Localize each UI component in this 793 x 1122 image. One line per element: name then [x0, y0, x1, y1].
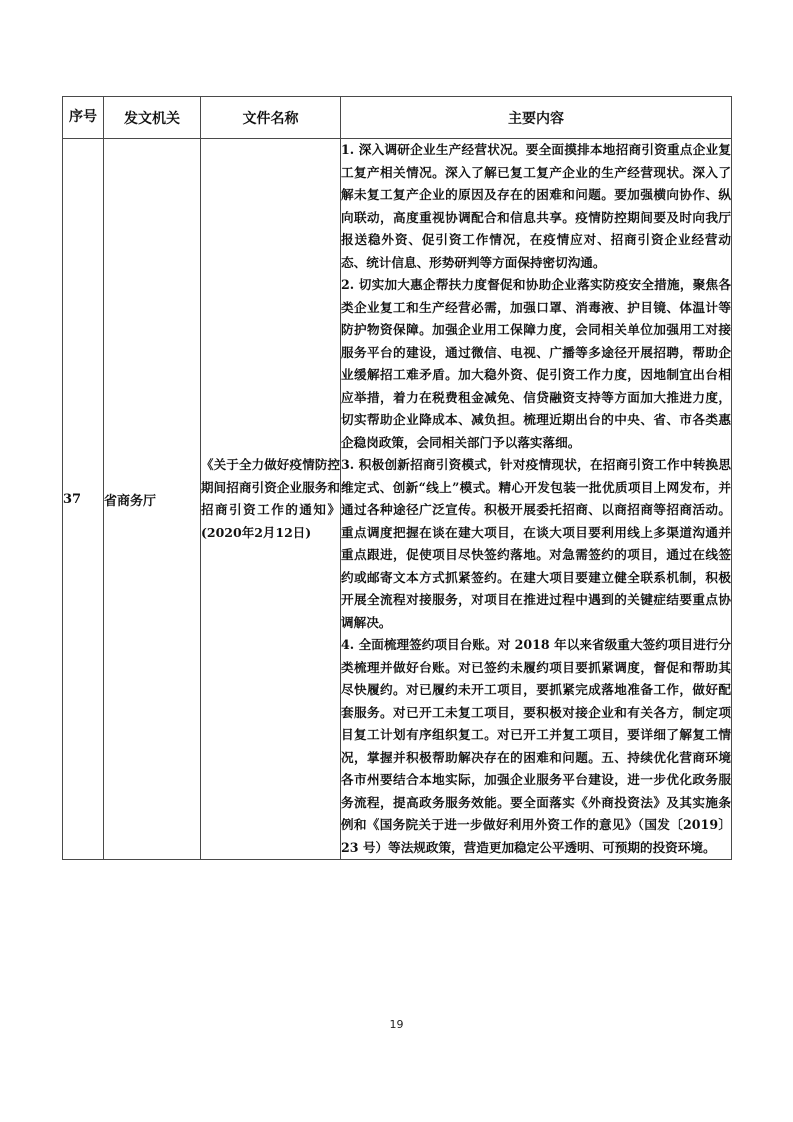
header-content: 主要内容 [341, 97, 732, 139]
header-org: 发文机关 [104, 97, 201, 139]
row-org: 省商务厅 [104, 139, 201, 860]
policy-table: 序号 发文机关 文件名称 主要内容 37 省商务厅 《关于全力做好疫情防控期间招… [62, 96, 732, 860]
table-header-row: 序号 发文机关 文件名称 主要内容 [63, 97, 732, 139]
content-paragraph-1: 1. 深入调研企业生产经营状况。要全面摸排本地招商引资重点企业复工复产相关情况。… [341, 139, 731, 274]
row-title: 《关于全力做好疫情防控期间招商引资企业服务和招商引资工作的通知》(2020年2月… [201, 139, 341, 860]
content-paragraph-4: 4. 全面梳理签约项目台账。对 2018 年以来省级重大签约项目进行分类梳理并做… [341, 634, 731, 859]
content-paragraph-3: 3. 积极创新招商引资模式，针对疫情现状，在招商引资工作中转换思维定式、创新“线… [341, 454, 731, 634]
table-row: 37 省商务厅 《关于全力做好疫情防控期间招商引资企业服务和招商引资工作的通知》… [63, 139, 732, 860]
header-seq: 序号 [63, 97, 104, 139]
row-seq: 37 [63, 139, 104, 860]
content-paragraph-2: 2. 切实加大惠企帮扶力度督促和协助企业落实防疫安全措施，聚焦各类企业复工和生产… [341, 274, 731, 454]
row-content: 1. 深入调研企业生产经营状况。要全面摸排本地招商引资重点企业复工复产相关情况。… [341, 139, 732, 860]
header-title: 文件名称 [201, 97, 341, 139]
page-number: 19 [0, 1018, 793, 1031]
